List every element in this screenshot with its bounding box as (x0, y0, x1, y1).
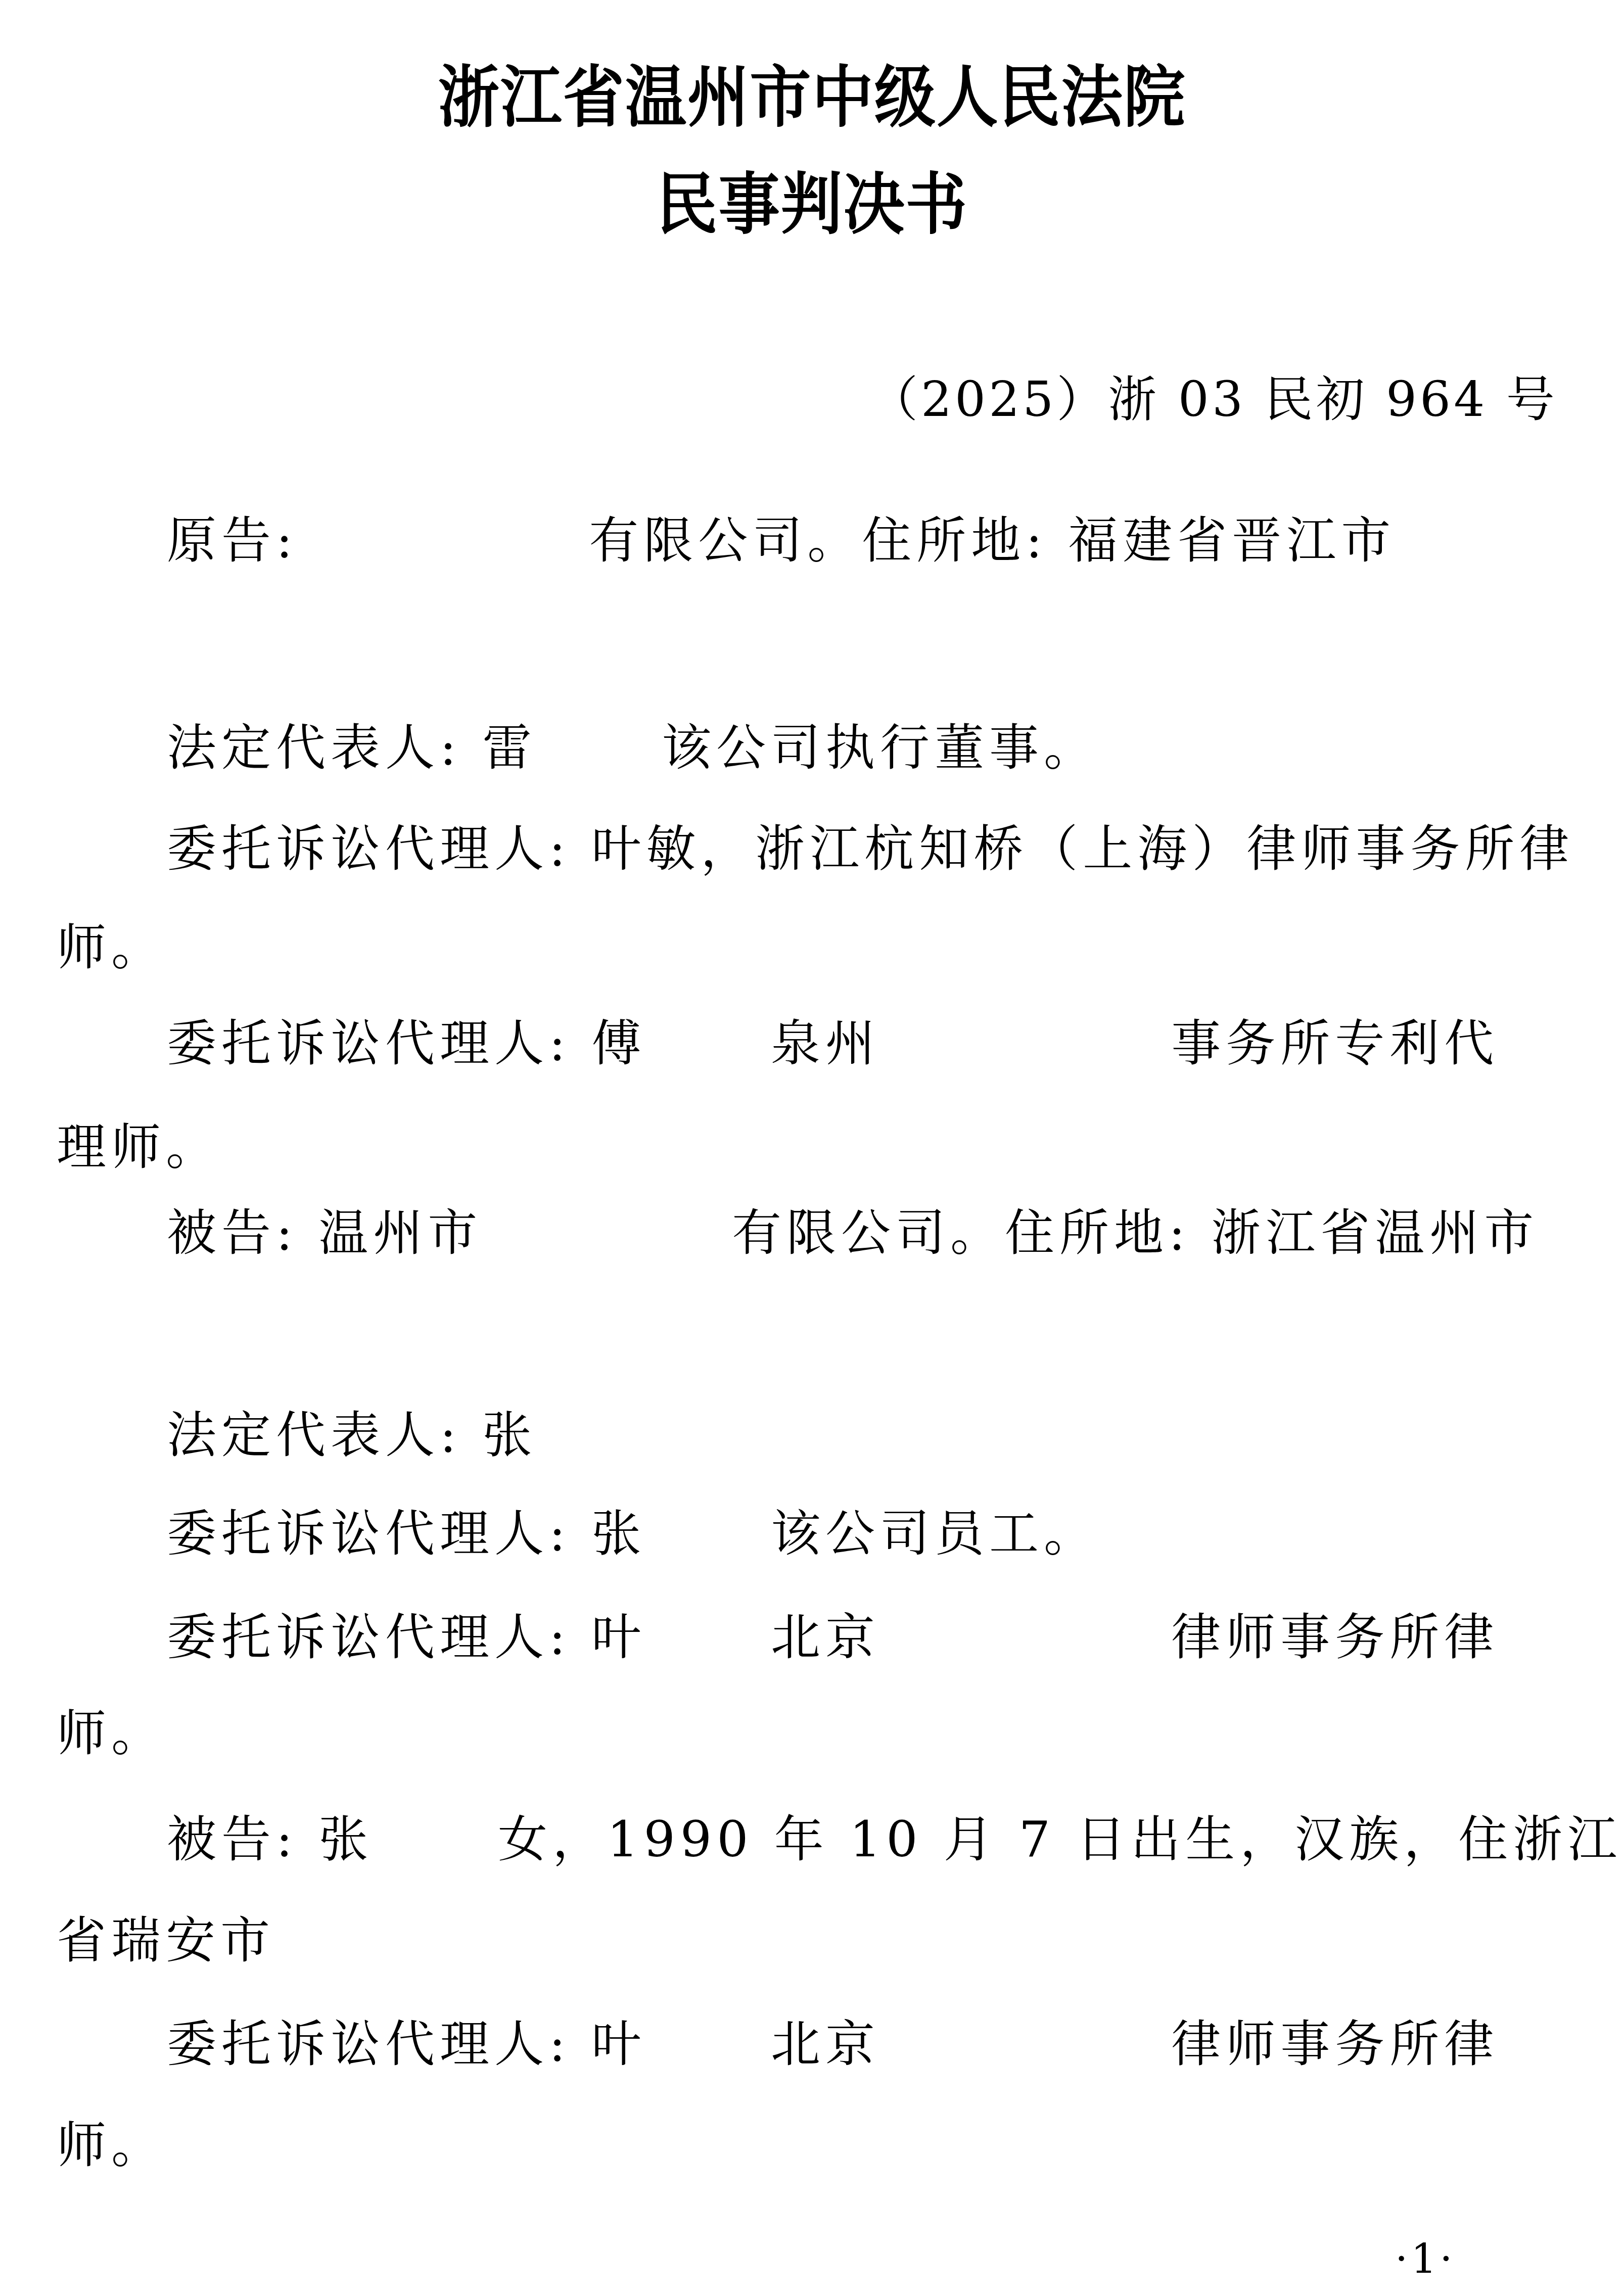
defendant1-agent2-line1: 委托诉讼代理人: 叶 北京 律师事务所律 (167, 1607, 1499, 1668)
defendant1-legal-rep: 法定代表人: 张 (167, 1405, 537, 1466)
defendant1-agent1: 委托诉讼代理人: 张 该公司员工。 (167, 1504, 1098, 1564)
defendant1-line: 被告: 温州市 有限公司。住所地: 浙江省温州市 (167, 1203, 1539, 1263)
defendant2-agent-line1: 委托诉讼代理人: 叶 北京 律师事务所律 (167, 2014, 1499, 2075)
plaintiff-agent1-line1: 委托诉讼代理人: 叶敏，浙江杭知桥（上海）律师事务所律 (167, 819, 1574, 879)
plaintiff-agent2-line1: 委托诉讼代理人: 傅 泉州 事务所专利代 (167, 1013, 1499, 1074)
defendant2-line1: 被告: 张 女，1990 年 10 月 7 日出生，汉族，住浙江 (167, 1809, 1622, 1870)
plaintiff-legal-rep: 法定代表人: 雷 该公司执行董事。 (167, 718, 1098, 778)
defendant2-agent-line2: 师。 (57, 2115, 166, 2176)
page-number: ·1· (1395, 2234, 1456, 2284)
plaintiff-line: 原告: 有限公司。住所地: 福建省晋江市 (167, 510, 1396, 571)
defendant1-agent2-line2: 师。 (57, 1703, 166, 1764)
defendant2-line2: 省瑞安市 (57, 1910, 275, 1971)
document-type-title: 民事判决书 (65, 167, 1559, 243)
case-number: （2025）浙 03 民初 964 号 (869, 369, 1558, 430)
court-name-title: 浙江省温州市中级人民法院 (65, 60, 1559, 135)
plaintiff-agent1-line2: 师。 (57, 917, 166, 978)
plaintiff-agent2-line2: 理师。 (57, 1117, 220, 1178)
